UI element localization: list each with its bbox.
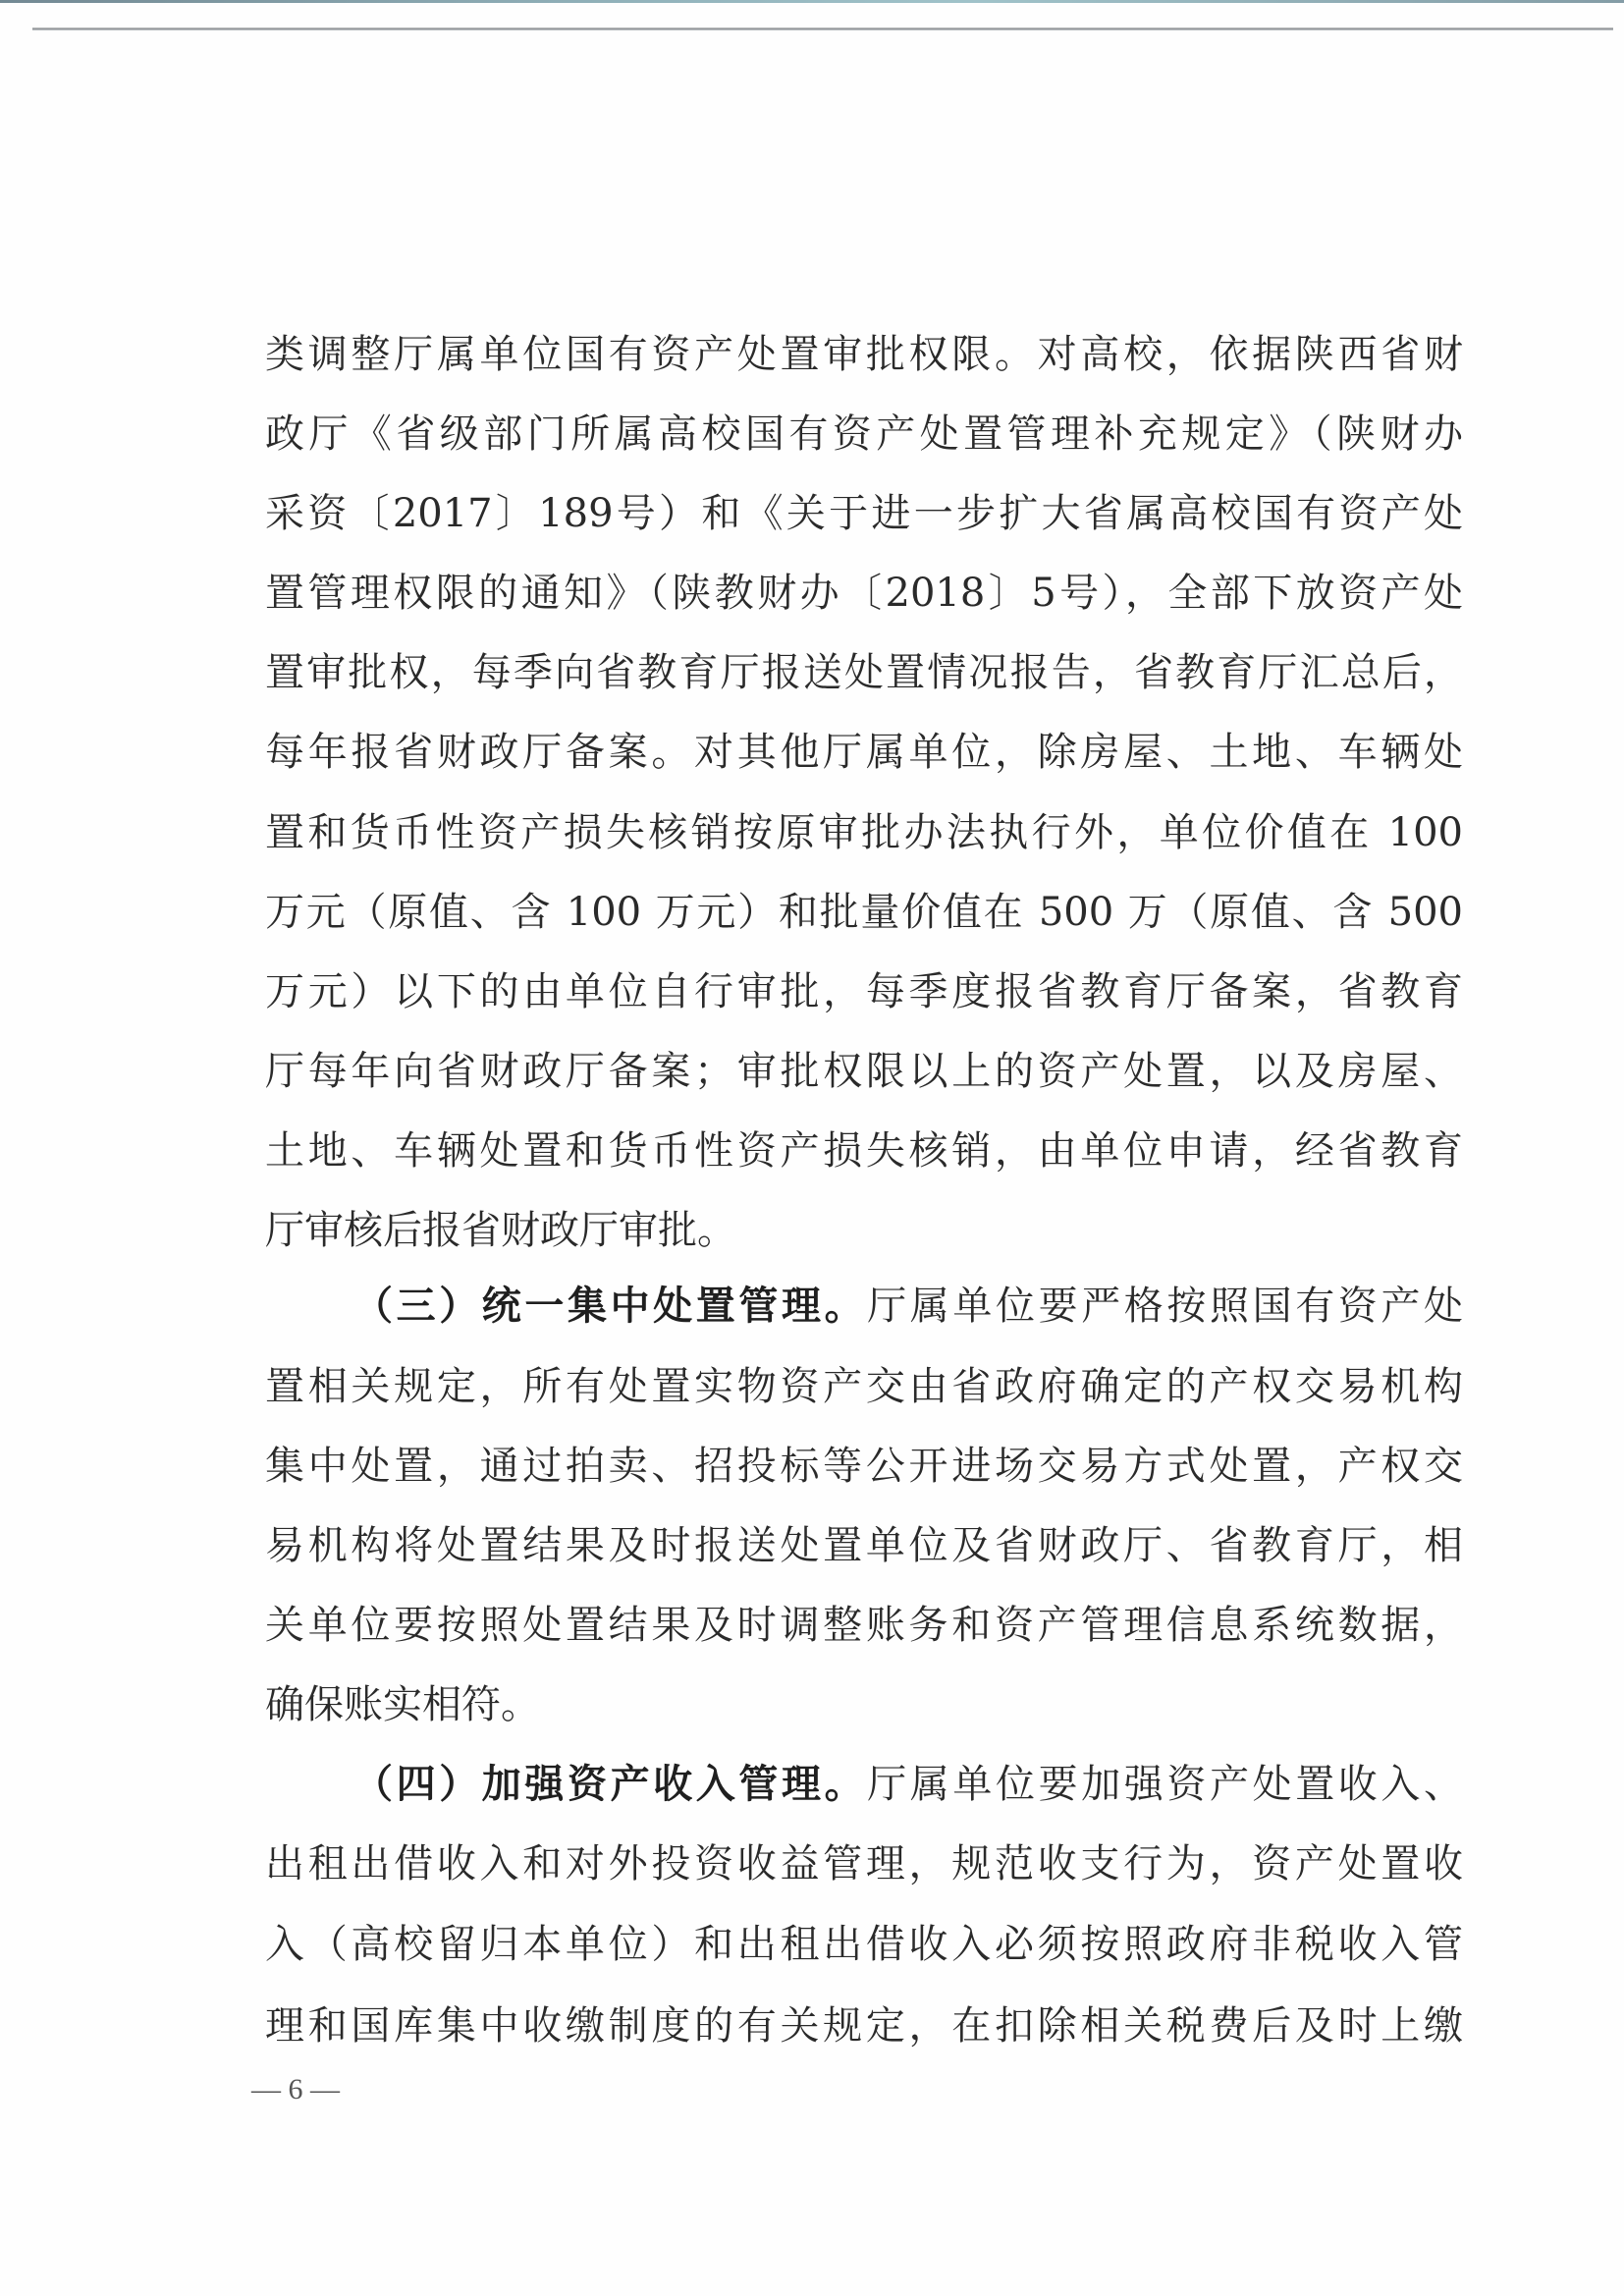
section-heading-3: （三）统一集中处置管理。 [353, 1283, 867, 1329]
paragraph-line: 置和货币性资产损失核销按原审批办法执行外，单位价值在 100 [265, 809, 1463, 856]
section-heading-line: （四）加强资产收入管理。厅属单位要加强资产处置收入、 [353, 1761, 1463, 1808]
paragraph-line-end: 确保账实相符。 [265, 1681, 1463, 1728]
paragraph-line: 类调整厅属单位国有资产处置审批权限。对高校，依据陕西省财 [265, 331, 1463, 378]
scan-top-edge [0, 0, 1624, 3]
paragraph-line: 出租出借收入和对外投资收益管理，规范收支行为，资产处置收 [265, 1840, 1463, 1887]
paragraph-line: 万元（原值、含 100 万元）和批量价值在 500 万（原值、含 500 [265, 889, 1463, 936]
paragraph-line: 采资〔2017〕189号）和《关于进一步扩大省属高校国有资产处 [265, 490, 1463, 537]
paragraph-line-end: 厅审核后报省财政厅审批。 [265, 1207, 1463, 1254]
section-heading-4: （四）加强资产收入管理。 [353, 1761, 867, 1807]
paragraph-line: 关单位要按照处置结果及时调整账务和资产管理信息系统数据， [265, 1602, 1463, 1649]
page-number: — 6 — [251, 2072, 340, 2107]
paragraph-line: 万元）以下的由单位自行审批，每季度报省教育厅备案，省教育 [265, 968, 1463, 1015]
paragraph-line: 置相关规定，所有处置实物资产交由省政府确定的产权交易机构 [265, 1363, 1463, 1410]
paragraph-line: 政厅《省级部门所属高校国有资产处置管理补充规定》（陕财办 [265, 410, 1463, 458]
paragraph-line: 理和国库集中收缴制度的有关规定，在扣除相关税费后及时上缴 [265, 2002, 1463, 2050]
paragraph-line: 集中处置，通过拍卖、招投标等公开进场交易方式处置，产权交 [265, 1443, 1463, 1490]
paragraph-line: 入（高校留归本单位）和出租出借收入必须按照政府非税收入管 [265, 1921, 1463, 1968]
paragraph-line: 易机构将处置结果及时报送处置单位及省财政厅、省教育厅，相 [265, 1522, 1463, 1569]
paragraph-line: 每年报省财政厅备案。对其他厅属单位，除房屋、土地、车辆处 [265, 729, 1463, 776]
section-heading-line: （三）统一集中处置管理。厅属单位要严格按照国有资产处 [353, 1283, 1463, 1330]
paragraph-text: 厅属单位要严格按照国有资产处 [867, 1284, 1463, 1329]
paragraph-line: 置审批权，每季向省教育厅报送处置情况报告，省教育厅汇总后， [265, 649, 1463, 696]
paragraph-text: 厅属单位要加强资产处置收入、 [867, 1762, 1463, 1807]
paragraph-line: 厅每年向省财政厅备案；审批权限以上的资产处置，以及房屋、 [265, 1048, 1463, 1095]
paragraph-line: 土地、车辆处置和货币性资产损失核销，由单位申请，经省教育 [265, 1127, 1463, 1175]
header-rule-line [32, 27, 1613, 30]
paragraph-line: 置管理权限的通知》（陕教财办〔2018〕5号），全部下放资产处 [265, 570, 1463, 617]
